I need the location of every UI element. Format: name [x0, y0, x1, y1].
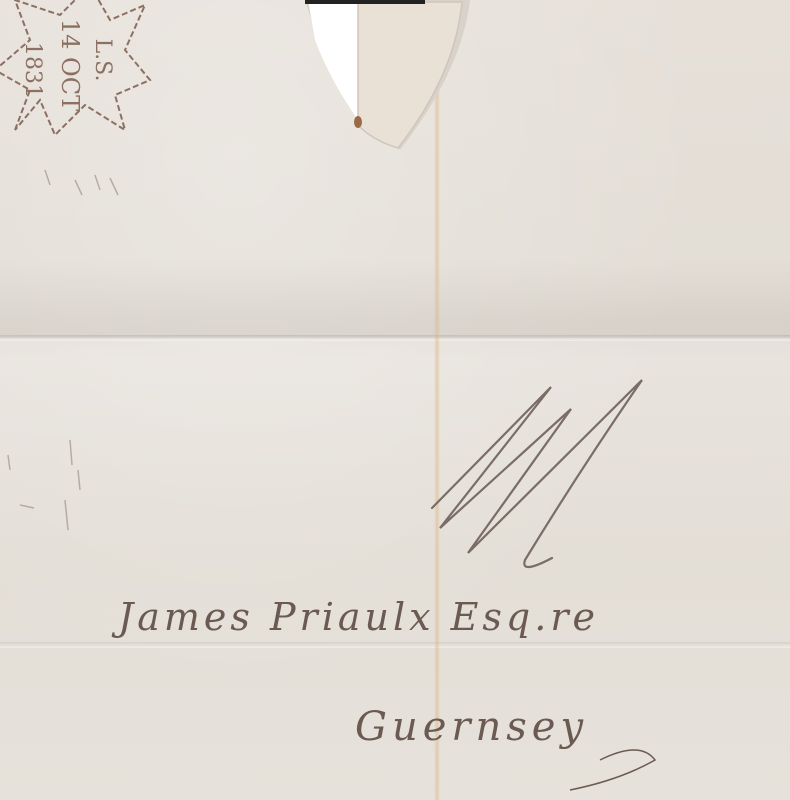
faint-ink-marks	[8, 170, 118, 530]
svg-text:L.S.: L.S.	[90, 39, 115, 82]
flourish	[570, 750, 655, 790]
letter-sheet: 1831 14 OCT L.S. James Priaulx Esq.re Gu…	[0, 0, 790, 800]
svg-text:James Priaulx Esq.re: James Priaulx Esq.re	[111, 595, 599, 639]
svg-text:1831: 1831	[20, 42, 45, 98]
svg-text:Guernsey: Guernsey	[355, 704, 588, 750]
artwork-layer: 1831 14 OCT L.S. James Priaulx Esq.re Gu…	[0, 0, 790, 800]
rate-mark-m	[432, 380, 642, 567]
postmark-icon: 1831 14 OCT L.S.	[0, 0, 150, 135]
seal-cutout-icon	[305, 0, 470, 150]
address-script: James Priaulx Esq.re Guernsey	[111, 595, 599, 750]
svg-text:14 OCT: 14 OCT	[56, 19, 84, 111]
